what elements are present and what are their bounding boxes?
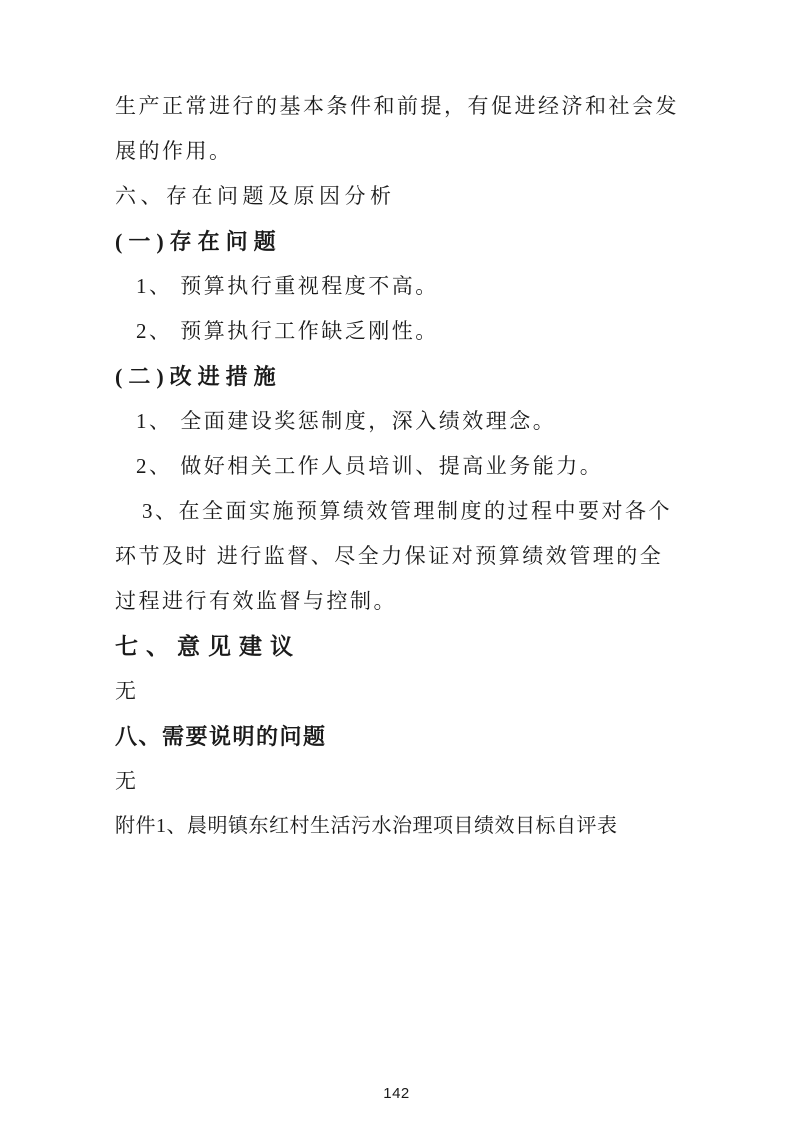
measure-item-3-line-1: 3、在全面实施预算绩效管理制度的过程中要对各个: [115, 489, 680, 534]
attachment-reference: 附件1、晨明镇东红村生活污水治理项目绩效目标自评表: [115, 804, 680, 849]
heading-section-eight: 八、需要说明的问题: [115, 714, 680, 759]
subheading-improvement-measures: (二)改进措施: [115, 354, 680, 399]
measure-item-3-line-2: 环节及时 进行监督、尽全力保证对预算绩效管理的全: [115, 534, 680, 579]
measure-item-2: 2、 做好相关工作人员培训、提高业务能力。: [115, 444, 680, 489]
heading-section-six: 六、存在问题及原因分析: [115, 174, 680, 219]
subheading-existing-problems: (一)存在问题: [115, 219, 680, 264]
heading-section-seven: 七、意见建议: [115, 624, 680, 669]
document-body: 生产正常进行的基本条件和前提，有促进经济和社会发 展的作用。 六、存在问题及原因…: [115, 84, 680, 849]
measure-item-3-line-3: 过程进行有效监督与控制。: [115, 579, 680, 624]
intro-paragraph-line-2: 展的作用。: [115, 129, 680, 174]
problem-item-1: 1、 预算执行重视程度不高。: [115, 264, 680, 309]
document-page: 生产正常进行的基本条件和前提，有促进经济和社会发 展的作用。 六、存在问题及原因…: [0, 0, 793, 1122]
page-number: 142: [0, 1085, 793, 1102]
section-eight-answer: 无: [115, 759, 680, 804]
section-seven-answer: 无: [115, 669, 680, 714]
measure-item-1: 1、 全面建设奖惩制度，深入绩效理念。: [115, 399, 680, 444]
problem-item-2: 2、 预算执行工作缺乏刚性。: [115, 309, 680, 354]
intro-paragraph-line-1: 生产正常进行的基本条件和前提，有促进经济和社会发: [115, 84, 680, 129]
